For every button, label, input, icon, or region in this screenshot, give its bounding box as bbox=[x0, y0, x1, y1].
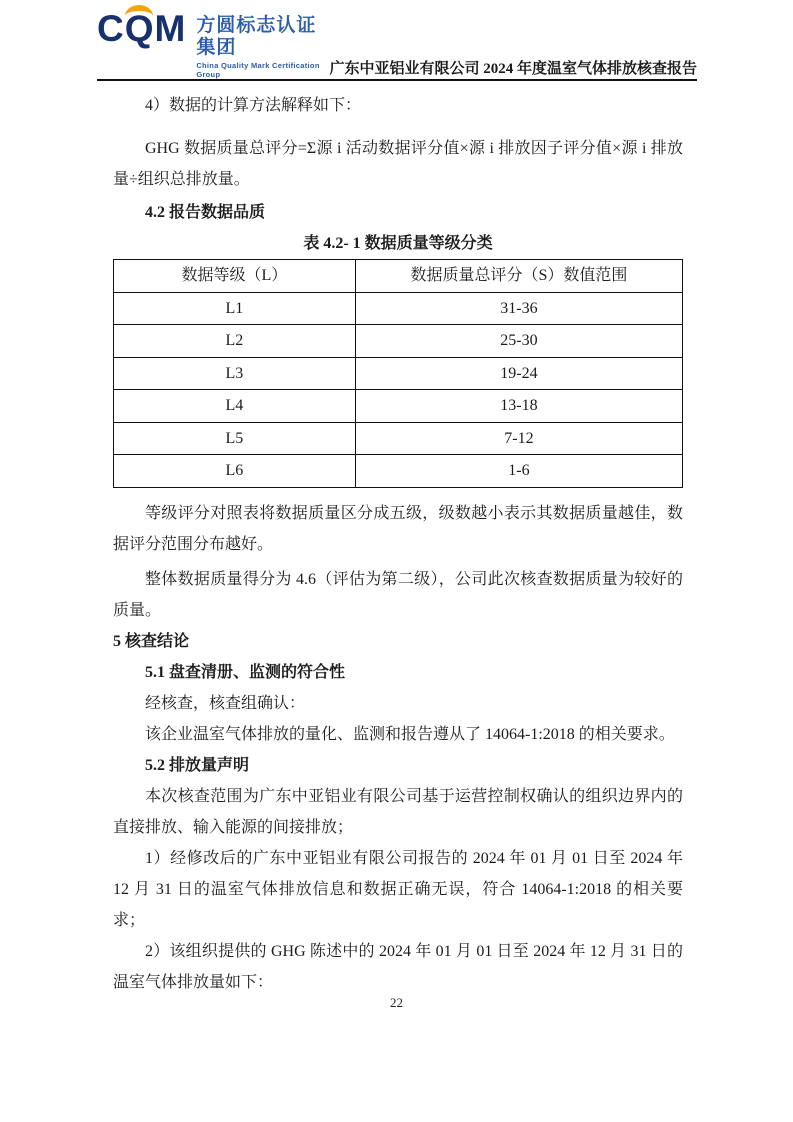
cqm-logo: CQM 方圆标志认证集团 China Quality Mark Certific… bbox=[97, 9, 329, 79]
table-row: L4 13-18 bbox=[114, 390, 683, 423]
table-row: L6 1-6 bbox=[114, 455, 683, 488]
report-header: CQM 方圆标志认证集团 China Quality Mark Certific… bbox=[97, 26, 697, 79]
paragraph-confirm-body: 该企业温室气体排放的量化、监测和报告遵从了 14064-1:2018 的相关要求… bbox=[113, 719, 683, 750]
paragraph-item-2: 2）该组织提供的 GHG 陈述中的 2024 年 01 月 01 日至 2024… bbox=[113, 936, 683, 998]
paragraph-grade-explain: 等级评分对照表将数据质量区分成五级，级数越小表示其数据质量越佳，数据评分范围分布… bbox=[113, 498, 683, 560]
paragraph-scope: 本次核查范围为广东中亚铝业有限公司基于运营控制权确认的组织边界内的直接排放、输入… bbox=[113, 781, 683, 843]
table-row: L2 25-30 bbox=[114, 325, 683, 358]
heading-5-1: 5.1 盘查清册、监测的符合性 bbox=[113, 657, 683, 688]
range-cell: 31-36 bbox=[355, 292, 682, 325]
paragraph-calc-intro: 4）数据的计算方法解释如下： bbox=[113, 90, 683, 121]
range-cell: 1-6 bbox=[355, 455, 682, 488]
logo-arc-icon bbox=[125, 5, 153, 16]
grade-cell: L1 bbox=[114, 292, 356, 325]
logo-name-chinese: 方圆标志认证集团 bbox=[196, 15, 329, 59]
header-divider bbox=[97, 79, 697, 81]
paragraph-formula: GHG 数据质量总评分=Σ源 i 活动数据评分值×源 i 排放因子评分值×源 i… bbox=[113, 133, 683, 195]
column-header-score-range: 数据质量总评分（S）数值范围 bbox=[355, 260, 682, 293]
paragraph-item-1: 1）经修改后的广东中亚铝业有限公司报告的 2024 年 01 月 01 日至 2… bbox=[113, 843, 683, 936]
grade-cell: L6 bbox=[114, 455, 356, 488]
data-quality-grade-table: 数据等级（L） 数据质量总评分（S）数值范围 L1 31-36 L2 25-30… bbox=[113, 259, 683, 488]
report-page: CQM 方圆标志认证集团 China Quality Mark Certific… bbox=[0, 0, 793, 1122]
table-caption: 表 4.2- 1 数据质量等级分类 bbox=[113, 228, 683, 259]
heading-5-2: 5.2 排放量声明 bbox=[113, 750, 683, 781]
cqm-logo-mark: CQM bbox=[97, 9, 186, 50]
logo-text-block: 方圆标志认证集团 China Quality Mark Certificatio… bbox=[196, 9, 329, 79]
column-header-grade: 数据等级（L） bbox=[114, 260, 356, 293]
grade-cell: L5 bbox=[114, 422, 356, 455]
heading-4-2: 4.2 报告数据品质 bbox=[113, 197, 683, 228]
paragraph-confirm-intro: 经核查，核查组确认： bbox=[113, 688, 683, 719]
logo-name-english: China Quality Mark Certification Group bbox=[196, 61, 329, 79]
table-row: L1 31-36 bbox=[114, 292, 683, 325]
table-row: L5 7-12 bbox=[114, 422, 683, 455]
table-row: L3 19-24 bbox=[114, 357, 683, 390]
range-cell: 19-24 bbox=[355, 357, 682, 390]
paragraph-overall-score: 整体数据质量得分为 4.6（评估为第二级），公司此次核查数据质量为较好的质量。 bbox=[113, 564, 683, 626]
page-number: 22 bbox=[0, 995, 793, 1011]
range-cell: 13-18 bbox=[355, 390, 682, 423]
grade-cell: L3 bbox=[114, 357, 356, 390]
heading-5: 5 核查结论 bbox=[113, 626, 683, 657]
range-cell: 7-12 bbox=[355, 422, 682, 455]
table-header-row: 数据等级（L） 数据质量总评分（S）数值范围 bbox=[114, 260, 683, 293]
range-cell: 25-30 bbox=[355, 325, 682, 358]
document-body: 4）数据的计算方法解释如下： GHG 数据质量总评分=Σ源 i 活动数据评分值×… bbox=[113, 82, 683, 998]
report-title: 广东中亚铝业有限公司 2024 年度温室气体排放核查报告 bbox=[329, 57, 697, 79]
grade-cell: L2 bbox=[114, 325, 356, 358]
grade-cell: L4 bbox=[114, 390, 356, 423]
